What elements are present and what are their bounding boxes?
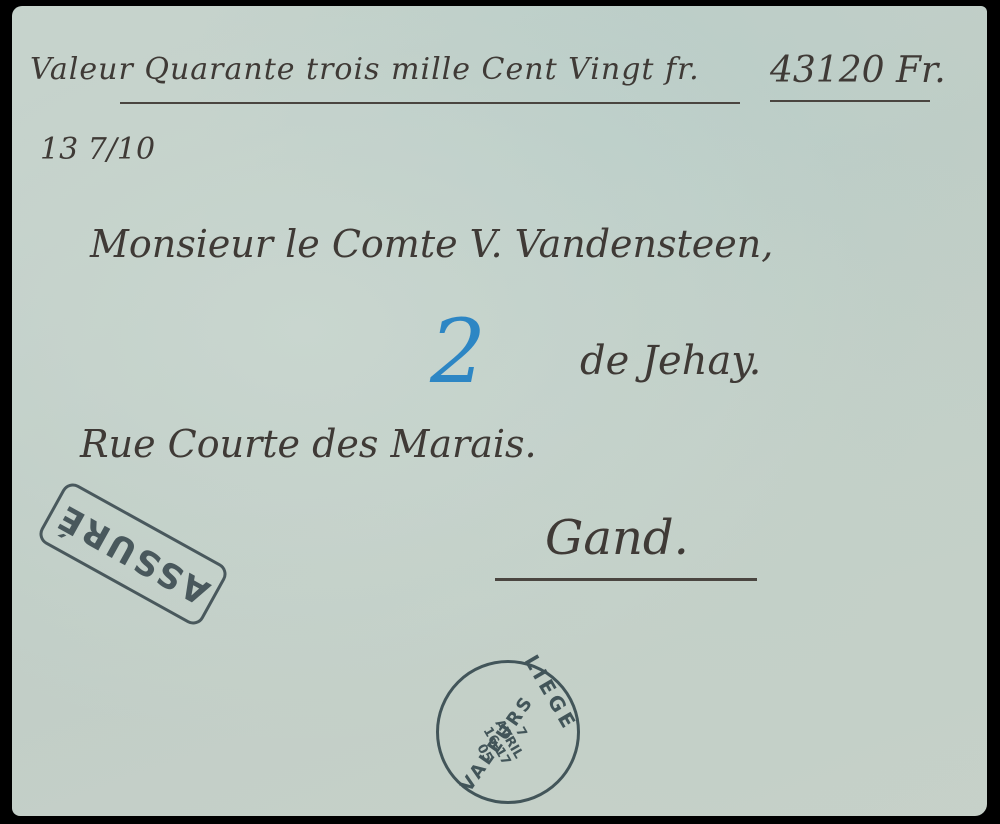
blue-crayon-mark: 2 xyxy=(430,300,486,403)
reference-note: 13 7/10 xyxy=(40,132,155,167)
street-address: Rue Courte des Marais. xyxy=(80,422,537,466)
city-name: Gand. xyxy=(545,510,689,566)
value-underline xyxy=(120,102,740,104)
addressee-name: Monsieur le Comte V. Vandensteen, xyxy=(90,222,773,266)
city-underline xyxy=(495,578,757,581)
postmark: LIEGE VALEURS 7 AVRIL 16-17 05 xyxy=(436,660,580,804)
addressee-line2: de Jehay. xyxy=(580,338,761,384)
declared-value-amount: 43120 Fr. xyxy=(770,50,946,91)
amount-underline xyxy=(770,100,930,102)
declared-value-text: Valeur Quarante trois mille Cent Vingt f… xyxy=(30,52,700,87)
